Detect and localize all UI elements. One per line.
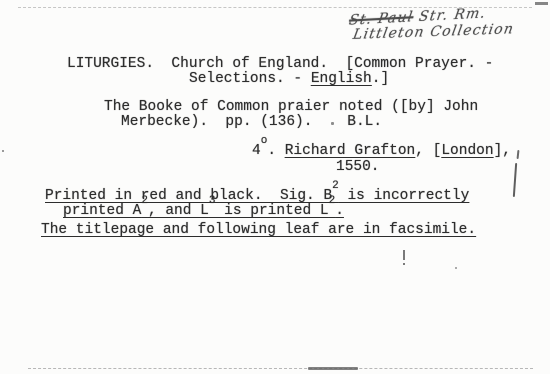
scan-corner-mark (535, 2, 548, 5)
catalog-card-scan: St. Paul Str. Rm. Littleton Collection L… (0, 0, 550, 374)
imprint-separator: . (267, 143, 284, 159)
signature-superscript: 3 (209, 195, 216, 207)
note-2-text: . (335, 203, 344, 219)
note-3-text: The titlepage and following leaf are in … (41, 222, 476, 238)
heading-line-2-post: .] (372, 71, 389, 87)
note-2-text: printed A (63, 203, 141, 219)
imprint-mid: , [ (415, 143, 441, 159)
publication-place: London (441, 143, 493, 159)
note-1-text-cont: is incorrectly (339, 188, 470, 204)
imprint-end: ], (494, 143, 511, 159)
heading-line-2-pre: Selections. - (189, 71, 311, 87)
note-line-1: Printed in red and black. Sig. B2 is inc… (45, 188, 469, 204)
format-superscript: o (261, 135, 268, 147)
format-number: 4 (252, 143, 261, 159)
note-2-text: , and L (148, 203, 209, 219)
note-1-text: Printed in red and black. Sig. B (45, 188, 332, 204)
heading-line-2: Selections. - English.] (189, 71, 389, 87)
ink-speck (2, 150, 4, 152)
printer-name: Richard Grafton (285, 143, 416, 159)
heading-language: English (311, 71, 372, 87)
ink-speck (455, 267, 457, 269)
publication-year: 1550. (336, 159, 380, 175)
title-line-2: Merbecke). pp. (136). B.L. (121, 114, 382, 130)
pen-mark-upper (517, 150, 520, 159)
pen-mark-lower (513, 163, 517, 197)
note-2-text: is printed L (215, 203, 328, 219)
note-line-2: printed A2, and L3 is printed L2. (63, 203, 344, 219)
heading-line-1: LITURGIES. Church of England. [Common Pr… (67, 56, 493, 72)
title-line-1: The Booke of Common praier noted ([by] J… (104, 99, 478, 115)
note-line-3: The titlepage and following leaf are in … (41, 222, 476, 238)
scan-edge-bottom (28, 368, 533, 369)
signature-superscript: 2 (141, 195, 148, 207)
ink-speck (403, 263, 405, 265)
signature-superscript: 2 (332, 180, 339, 192)
scan-edge-bottom-dark-segment (308, 367, 358, 370)
imprint-line: 4o. Richard Grafton, [London], (252, 143, 511, 159)
signature-superscript: 2 (329, 195, 336, 207)
ink-speck (403, 250, 405, 260)
